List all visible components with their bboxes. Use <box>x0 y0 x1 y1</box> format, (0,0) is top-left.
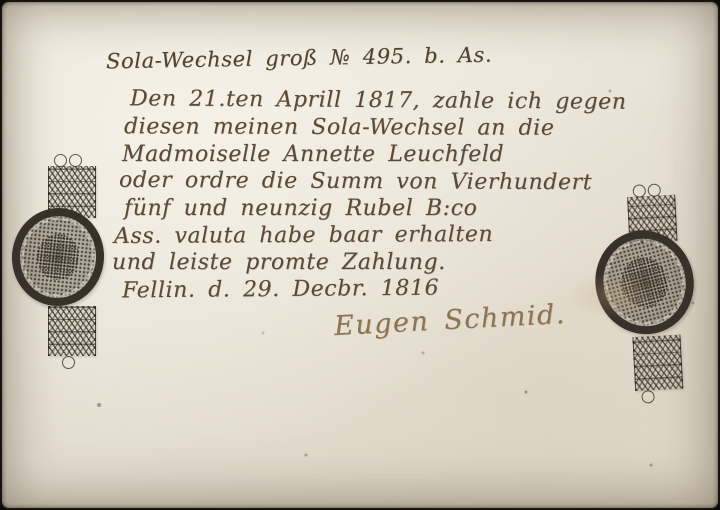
ribbon-loop-icon <box>641 390 655 404</box>
left-seal-oval-icon <box>7 203 109 310</box>
manuscript-page: Sola-Wechsel groß № 495. b. As. Den 21.t… <box>0 0 720 510</box>
body-line-4: oder ordre die Summ von Vierhundert <box>119 168 592 195</box>
amount-line: fünf und neunzig Rubel B:co <box>124 196 477 221</box>
body-line-7: und leiste promte Zahlung. <box>112 250 446 275</box>
ribbon-loop-icon <box>62 356 75 369</box>
body-line-6: Ass. valuta habe baar erhalten <box>114 222 493 249</box>
title-line: Sola-Wechsel groß № 495. b. As. <box>106 43 493 74</box>
left-revenue-stamp <box>18 154 122 366</box>
signature: Eugen Schmid. <box>333 299 566 342</box>
left-stamp-ribbon-bottom <box>48 306 96 356</box>
paper-stain <box>547 264 677 328</box>
body-line-1: Den 21.ten Aprill 1817, zahle ich gegen <box>130 86 627 114</box>
body-line-2: diesen meinen Sola-Wechsel an die <box>124 114 555 141</box>
place-date-line: Fellin. d. 29. Decbr. 1816 <box>122 276 439 304</box>
right-stamp-ribbon-bottom <box>632 335 683 391</box>
paper-specks <box>2 2 4 4</box>
payee-name-line: Madmoiselle Annette Leuchfeld <box>122 142 504 167</box>
